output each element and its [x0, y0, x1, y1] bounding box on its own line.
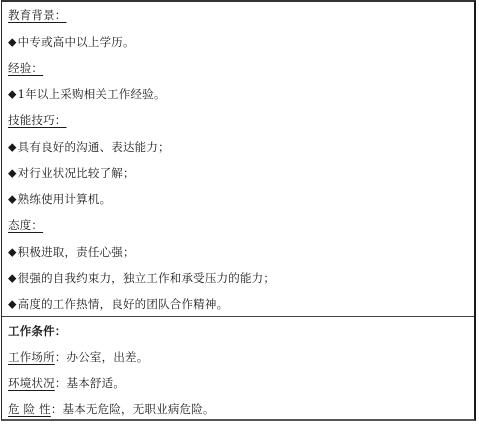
skills-heading: 技能技巧：: [8, 113, 67, 127]
attitude-heading: 态度：: [8, 218, 43, 232]
diamond-bullet-icon: ◆: [8, 36, 17, 50]
diamond-bullet-icon: ◆: [8, 141, 17, 155]
diamond-bullet-icon: ◆: [8, 167, 17, 181]
attitude-item: ◆很强的自我约束力，独立工作和承受压力的能力；: [8, 271, 275, 286]
job-description-table: 教育背景： ◆中专或高中以上学历。 经验： ◆1年以上采购相关工作经验。 技能技…: [1, 0, 476, 421]
experience-item: ◆1年以上采购相关工作经验。: [8, 87, 166, 102]
education-item: ◆中专或高中以上学历。: [8, 35, 135, 50]
work-condition-value: 办公室，出差。: [67, 350, 149, 364]
experience-heading: 经验：: [8, 61, 43, 75]
education-heading: 教育背景：: [8, 8, 67, 22]
attitude-item: ◆积极进取，责任心强；: [8, 245, 135, 260]
work-condition-row: 危 险 性：基本无危险，无职业病危险。: [8, 402, 215, 416]
work-condition-value: 基本舒适。: [67, 376, 126, 390]
diamond-bullet-icon: ◆: [8, 88, 17, 102]
skills-item: ◆具有良好的沟通、表达能力；: [8, 140, 170, 155]
diamond-bullet-icon: ◆: [8, 298, 17, 312]
work-condition-label: 危 险 性: [8, 402, 51, 416]
work-condition-row: 工作场所：办公室，出差。: [8, 350, 148, 364]
diamond-bullet-icon: ◆: [8, 246, 17, 260]
attitude-item: ◆高度的工作热情，良好的团队合作精神。: [8, 297, 228, 312]
work-condition-value: 基本无危险，无职业病危险。: [63, 402, 215, 416]
work-condition-row: 环境状况：基本舒适。: [8, 376, 125, 390]
diamond-bullet-icon: ◆: [8, 272, 17, 286]
work-conditions-cell: 工作条件： 工作场所：办公室，出差。 环境状况：基本舒适。 危 险 性：基本无危…: [2, 317, 474, 419]
work-condition-label: 环境状况: [8, 376, 55, 390]
skills-item: ◆对行业状况比较了解；: [8, 166, 135, 181]
work-conditions-heading: 工作条件：: [8, 324, 67, 338]
skills-item: ◆熟练使用计算机。: [8, 192, 111, 207]
work-condition-label: 工作场所: [8, 350, 55, 364]
diamond-bullet-icon: ◆: [8, 193, 17, 207]
qualifications-cell: 教育背景： ◆中专或高中以上学历。 经验： ◆1年以上采购相关工作经验。 技能技…: [2, 2, 474, 317]
